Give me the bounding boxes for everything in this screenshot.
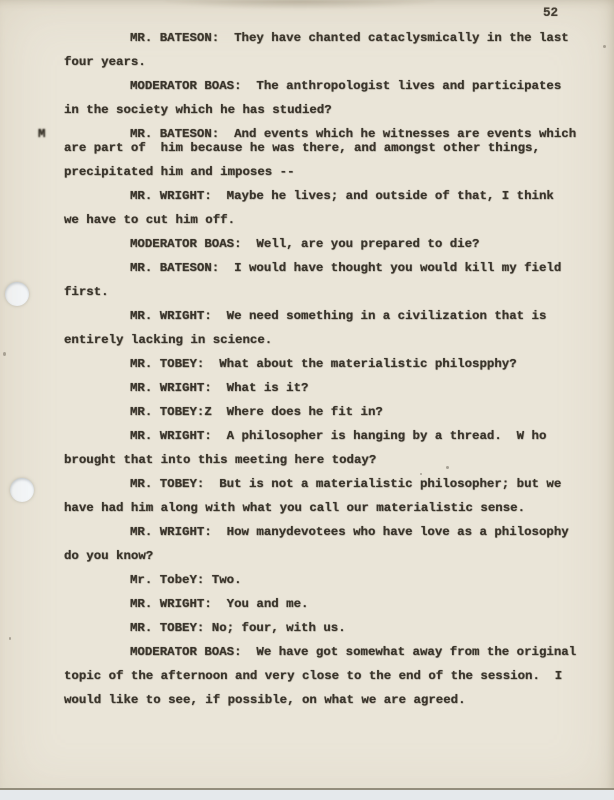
line-text: MR. WRIGHT: A philosopher is hanging by … bbox=[130, 429, 546, 443]
line-text: in the society which he has studied? bbox=[64, 103, 332, 117]
line-text: first. bbox=[64, 285, 109, 299]
line-text: we have to cut him off. bbox=[64, 213, 235, 227]
ink-speck bbox=[420, 473, 422, 475]
line-text: MR. WRIGHT: You and me. bbox=[130, 597, 308, 611]
text-line: MODERATOR BOAS: Well, are you prepared t… bbox=[64, 232, 590, 256]
ink-speck bbox=[3, 352, 6, 356]
text-line: MODERATOR BOAS: The anthropologist lives… bbox=[64, 74, 590, 98]
text-line: we have to cut him off. bbox=[64, 208, 590, 232]
line-text: MODERATOR BOAS: The anthropologist lives… bbox=[130, 79, 561, 93]
line-text: MR. WRIGHT: How manydevotees who have lo… bbox=[130, 525, 569, 539]
line-text: brought that into this meeting here toda… bbox=[64, 453, 376, 467]
text-line: topic of the afternoon and very close to… bbox=[64, 664, 590, 688]
text-lines: MR. BATESON: They have chanted cataclysm… bbox=[64, 26, 590, 712]
line-text: precipitated him and imposes -- bbox=[64, 165, 295, 179]
line-text: MR. TOBEY:Z Where does he fit in? bbox=[130, 405, 383, 419]
line-text: are part of him because he was there, an… bbox=[64, 141, 540, 155]
line-text: entirely lacking in science. bbox=[64, 333, 272, 347]
text-line: entirely lacking in science. bbox=[64, 328, 590, 352]
text-line: MR. WRIGHT: A philosopher is hanging by … bbox=[64, 424, 590, 448]
stray-margin-mark: M bbox=[38, 122, 45, 146]
line-text: MR. WRIGHT: What is it? bbox=[130, 381, 308, 395]
text-line: brought that into this meeting here toda… bbox=[64, 448, 590, 472]
ink-speck bbox=[603, 45, 606, 48]
text-line: are part of him because he was there, an… bbox=[64, 136, 590, 160]
text-line: MR. TOBEY: But is not a materialistic ph… bbox=[64, 472, 590, 496]
text-line: do you know? bbox=[64, 544, 590, 568]
text-line: MR. BATESON: They have chanted cataclysm… bbox=[64, 26, 590, 50]
line-text: MR. WRIGHT: We need something in a civil… bbox=[130, 309, 546, 323]
text-line: four years. bbox=[64, 50, 590, 74]
text-line: MR. BATESON: I would have thought you wo… bbox=[64, 256, 590, 280]
line-text: MR. TOBEY: But is not a materialistic ph… bbox=[130, 477, 561, 491]
line-text: MR. BATESON: I would have thought you wo… bbox=[130, 261, 561, 275]
line-text: Mr. TobeY: Two. bbox=[130, 573, 242, 587]
line-text: MR. TOBEY: What about the materialistic … bbox=[130, 357, 517, 371]
paper-bottom-edge bbox=[0, 788, 614, 800]
line-text: MR. BATESON: They have chanted cataclysm… bbox=[130, 31, 569, 45]
ink-speck bbox=[9, 637, 11, 640]
line-text: topic of the afternoon and very close to… bbox=[64, 669, 562, 683]
scanned-transcript-page: 52 MR. BATESON: They have chanted catacl… bbox=[0, 0, 614, 800]
line-text: MR. TOBEY: No; four, with us. bbox=[130, 621, 346, 635]
line-text: MODERATOR BOAS: Well, are you prepared t… bbox=[130, 237, 479, 251]
text-line: MR. WRIGHT: Maybe he lives; and outside … bbox=[64, 184, 590, 208]
text-line: MR. WRIGHT: How manydevotees who have lo… bbox=[64, 520, 590, 544]
line-text: MODERATOR BOAS: We have got somewhat awa… bbox=[130, 645, 576, 659]
text-line: in the society which he has studied? bbox=[64, 98, 590, 122]
punch-hole-top bbox=[5, 282, 29, 306]
text-line: MODERATOR BOAS: We have got somewhat awa… bbox=[64, 640, 590, 664]
line-text: would like to see, if possible, on what … bbox=[64, 693, 466, 707]
text-line: MR. WRIGHT: What is it? bbox=[64, 376, 590, 400]
page-number: 52 bbox=[543, 6, 558, 20]
line-text: have had him along with what you call ou… bbox=[64, 501, 525, 515]
text-line: MR. WRIGHT: You and me. bbox=[64, 592, 590, 616]
text-line: would like to see, if possible, on what … bbox=[64, 688, 590, 712]
text-line: first. bbox=[64, 280, 590, 304]
text-line: have had him along with what you call ou… bbox=[64, 496, 590, 520]
line-text: do you know? bbox=[64, 549, 153, 563]
line-text: four years. bbox=[64, 55, 146, 69]
line-text: MR. WRIGHT: Maybe he lives; and outside … bbox=[130, 189, 554, 203]
punch-hole-bottom bbox=[10, 478, 34, 502]
scan-smudge bbox=[165, 0, 435, 9]
text-line: MR. TOBEY: What about the materialistic … bbox=[64, 352, 590, 376]
text-line: Mr. TobeY: Two. bbox=[64, 568, 590, 592]
text-line: precipitated him and imposes -- bbox=[64, 160, 590, 184]
text-line: MR. TOBEY:Z Where does he fit in? bbox=[64, 400, 590, 424]
ink-speck bbox=[446, 466, 449, 469]
text-line: MR. TOBEY: No; four, with us. bbox=[64, 616, 590, 640]
text-line: MR. WRIGHT: We need something in a civil… bbox=[64, 304, 590, 328]
